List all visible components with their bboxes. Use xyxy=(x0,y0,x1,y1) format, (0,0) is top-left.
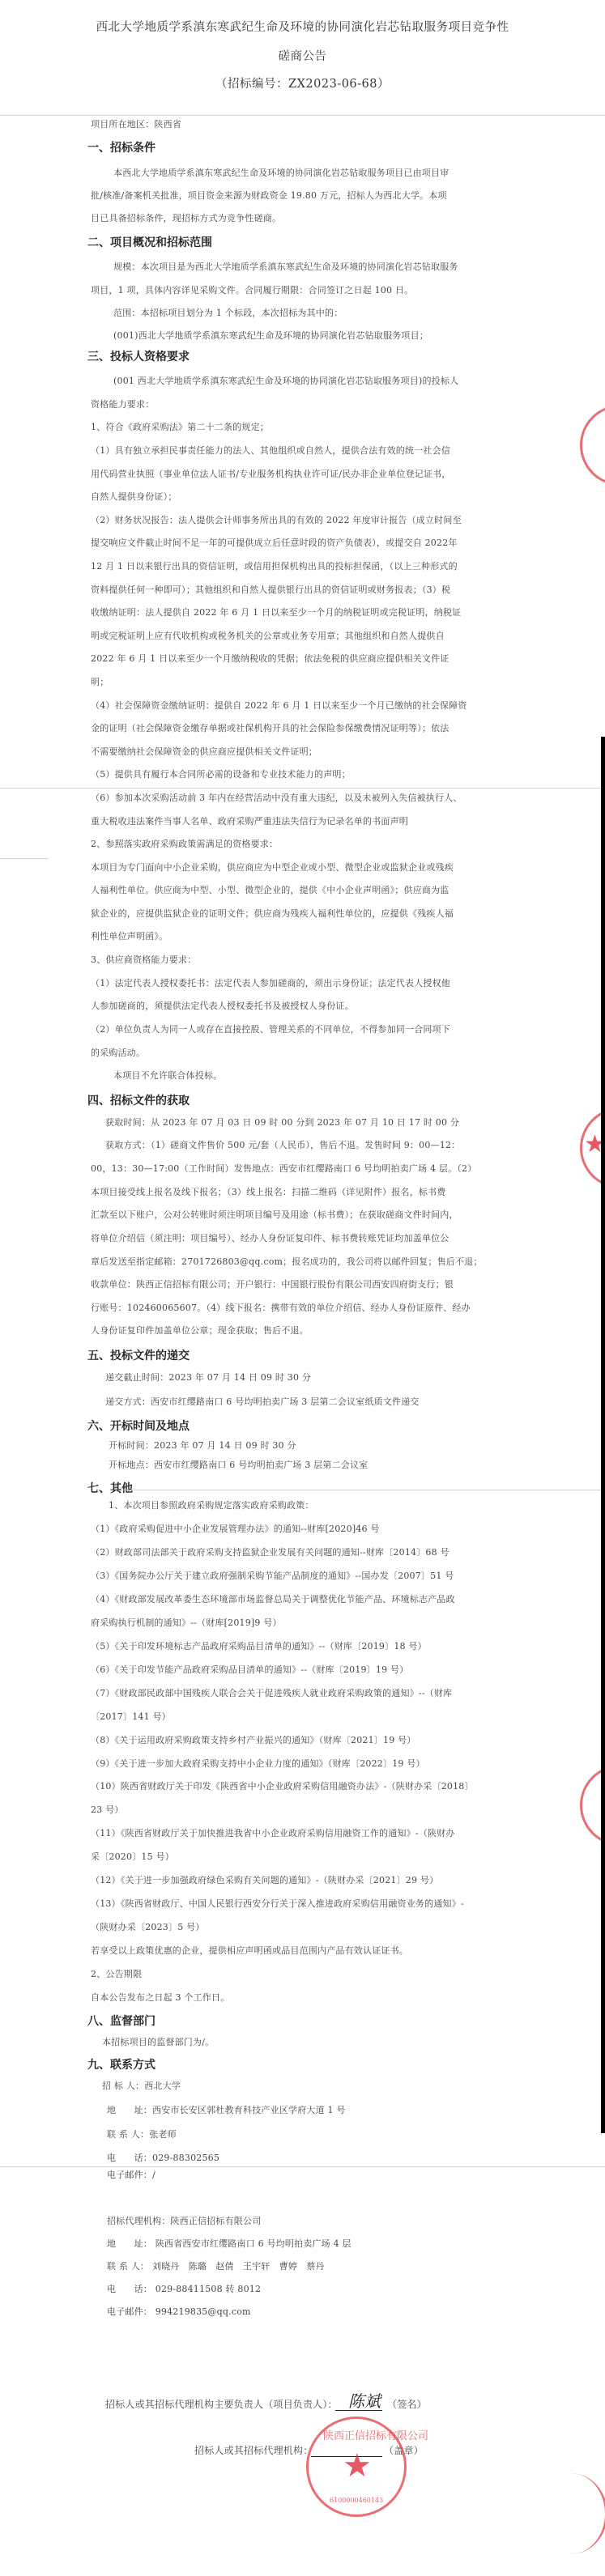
paragraph-line: 明或完税证明上应有代收机构或税务机关的公章或业务专用章；其他组织和自然人提供自 xyxy=(91,631,445,642)
seal-text: 陕西正信招标有限公司 xyxy=(323,2427,428,2442)
paragraph-line: 〔2017〕141 号） xyxy=(91,1711,171,1723)
paragraph-line: （2）财政部司法部关于政府采购支持监狱企业发展有关问题的通知--财库〔2014〕… xyxy=(91,1547,449,1558)
paragraph-line: 获取方式：（1）磋商文件售价 500 元/套（人民币），售后不退。发售时间 9：… xyxy=(105,1140,460,1151)
paragraph-line: 金的证明（社会保障资金缴存单据或社保机构开具的社会保险参保缴费情况证明等）；依法 xyxy=(91,723,449,734)
agency-address: 地 址： 陕西省西安市红缨路南口 6 号均明拍卖广场 4 层 xyxy=(107,2238,351,2250)
paragraph-line: 12 月 1 日以来银行出具的资信证明，或信用担保机构出具的投标担保函，（以上三… xyxy=(91,561,458,572)
paragraph-line: （3）《国务院办公厅关于建立政府强制采购节能产品制度的通知》--国办发〔2007… xyxy=(91,1571,454,1582)
paragraph-line: 的采购活动。 xyxy=(91,1048,145,1059)
paragraph-line: 行账号：102460065607。（4）线下报名：携带有效的单位介绍信、经办人身… xyxy=(91,1303,471,1314)
paragraph-line: 府采购执行机制的通知》--（财库[2019]9 号） xyxy=(91,1617,282,1629)
section-heading-3: 三、投标人资格要求 xyxy=(87,348,190,364)
paragraph-line: 本项目为专门面向中小企业采购，供应商应为中型企业或小型、微型企业或监狱企业或残疾 xyxy=(91,862,454,874)
paragraph-line: 采〔2020〕15 号） xyxy=(91,1851,174,1863)
paragraph-line: 2、公告期限 xyxy=(91,1969,142,1980)
section-heading-5: 五、投标文件的递交 xyxy=(87,1347,190,1363)
paragraph-line: 自然人提供身份证）； xyxy=(91,491,177,503)
section-heading-2: 二、项目概况和招标范围 xyxy=(87,234,212,250)
bid-number: （招标编号：ZX2023-06-68） xyxy=(0,74,605,91)
paragraph-line: 规模：本次项目是为西北大学地质学系滇东寒武纪生命及环境的协同演化岩芯钻取服务 xyxy=(113,261,458,273)
section-heading-8: 八、监督部门 xyxy=(87,2013,156,2029)
company-seal: ★ 陕西正信招标有限公司 6100000460143 xyxy=(306,2417,407,2517)
paragraph-line: （12）《关于进一步加强政府绿色采购有关问题的通知》-（陕财办采〔2021〕29… xyxy=(91,1875,438,1886)
paragraph-line: 明； xyxy=(91,677,109,688)
document-page: 西北大学地质学系滇东寒武纪生命及环境的协同演化岩芯钻取服务项目竞争性 磋商公告 … xyxy=(0,0,605,2576)
paragraph-line: 用代码营业执照（事业单位法人证书/专业服务机构执业许可证/民办非企业单位登记证书… xyxy=(91,469,451,480)
paragraph-line: （1）具有独立承担民事责任能力的法人、其他组织或自然人，提供合法有效的统一社会信 xyxy=(91,445,450,457)
paragraph-line: （2）财务状况报告：法人提供会计师事务所出具的有效的 2022 年度审计报告（成… xyxy=(91,515,462,526)
paragraph-line: 00，13：30—17:00（工作时间）发售地点：西安市红缨路南口 6 号均明拍… xyxy=(91,1163,476,1175)
paragraph-line: 1、符合《政府采购法》第二十二条的规定； xyxy=(91,422,269,433)
scan-divider xyxy=(0,115,605,116)
agency-phone: 电 话： 029-88411508 转 8012 xyxy=(107,2284,261,2295)
agency-email: 电子邮件： 994219835@qq.com xyxy=(107,2306,251,2318)
paragraph-line: 若享受以上政策优惠的企业，提供相应声明函或品目范围内产品有效认证证书。 xyxy=(91,1945,408,1957)
section-heading-7: 七、其他 xyxy=(87,1480,133,1496)
principal-suffix: （签名） xyxy=(387,2399,427,2410)
section-heading-6: 六、开标时间及地点 xyxy=(87,1418,190,1434)
seal-code: 6100000460143 xyxy=(330,2497,383,2504)
paragraph-line: （7）《财政部民政部中国残疾人联合会关于促进残疾人就业政府采购政策的通知》--（… xyxy=(91,1688,452,1699)
star-icon: ★ xyxy=(343,2450,372,2482)
section-heading-9: 九、联系方式 xyxy=(87,2056,156,2072)
paragraph-line: （1）《政府采购促进中小企业发展管理办法》的通知--财库[2020]46 号 xyxy=(91,1524,380,1535)
paragraph-line: 开标时间：2023 年 07 月 14 日 09 时 30 分 xyxy=(109,1440,296,1452)
scan-divider xyxy=(0,2166,605,2167)
paragraph-line: （6）《关于印发节能产品政府采购品目清单的通知》--（财库〔2019〕19 号） xyxy=(91,1664,408,1676)
paragraph-line: 23 号） xyxy=(91,1804,124,1816)
paragraph-line: 范围：本招标项目划分为 1 个标段，本次招标为其中的： xyxy=(113,308,343,319)
paragraph-line: （4）《财政部发展改革委生态环境部市场监督总局关于调整优化节能产品、环境标志产品… xyxy=(91,1594,455,1605)
paragraph-line: 本项目不允许联合体投标。 xyxy=(113,1070,222,1082)
paragraph-line: 人福利性单位。供应商为中型、小型、微型企业的，提供《中小企业声明函》；供应商为监 xyxy=(91,885,449,896)
tenderer-address: 地 址：西安市长安区郭杜教育科技产业区学府大道 1 号 xyxy=(107,2105,346,2116)
principal-label: 招标人或其招标代理机构主要负责人（项目负责人）： xyxy=(105,2399,338,2410)
paragraph-line: 本项目接受线上报名及线下报名；（3）线上报名：扫描二维码（详见附件）报名，标书费 xyxy=(91,1187,446,1198)
document-title-line2: 磋商公告 xyxy=(0,47,605,64)
paragraph-line: （5）《关于印发环境标志产品政府采购品目清单的通知》--（财库〔2019〕18 … xyxy=(91,1641,427,1652)
paragraph-line: 利性单位声明函》。 xyxy=(91,931,168,942)
paragraph-line: 1、本次项目参照政府采购规定落实政府采购政策： xyxy=(109,1500,314,1511)
seam-seal-1 xyxy=(580,405,605,486)
paragraph-line: 获取时间：从 2023 年 07 月 03 日 09 时 00 分到 2023 … xyxy=(105,1117,459,1129)
paragraph-line: 2022 年 6 月 1 日以来至少一个月缴纳税收的凭据；依法免税的供应商应提供… xyxy=(91,653,449,665)
principal-signature: 陈斌 xyxy=(348,2388,381,2412)
tenderer-phone: 电 话：029-88302565 xyxy=(107,2153,219,2164)
paragraph-line: 提交响应文件截止时间不足一年的可提供成立后任意时段的资产负债表），或提交自 20… xyxy=(91,538,458,549)
paragraph-line: （8）《关于运用政府采购政策支持乡村产业振兴的通知》（财库〔2021〕19 号） xyxy=(91,1735,415,1746)
paragraph-line: 2、参照落实政府采购政策需满足的资格要求： xyxy=(91,839,278,850)
signature-underline xyxy=(335,2410,382,2411)
paragraph-line: 不需要缴纳社会保障资金的供应商应提供相关文件证明； xyxy=(91,746,317,758)
paragraph-line: （1）法定代表人授权委托书：法定代表人参加磋商的，须出示身份证；法定代表人授权他 xyxy=(91,978,450,989)
paragraph-line: 递交方式：西安市红缨路南口 6 号均明拍卖广场 3 层第二会议室纸质文件递交 xyxy=(105,1396,420,1408)
tenderer-name: 招 标 人：西北大学 xyxy=(102,2081,181,2092)
paragraph-line: （4）社会保障资金缴纳证明：提供自 2022 年 6 月 1 日以来至少一个月已… xyxy=(91,700,467,712)
paragraph-line: (001 西北大学地质学系滇东寒武纪生命及环境的协同演化岩芯钻取服务项目)的投标… xyxy=(113,376,458,387)
paragraph-line: 人身份证复印件加盖单位公章；现金获取；售后不退。 xyxy=(91,1325,309,1337)
paragraph-line: 递交截止时间：2023 年 07 月 14 日 09 时 30 分 xyxy=(105,1372,311,1384)
scan-divider xyxy=(0,788,605,789)
paragraph-line: （11）《陕西省财政厅关于加快推进我省中小企业政府采购信用融资工作的通知》-（陕… xyxy=(91,1828,455,1839)
paragraph-line: (001)西北大学地质学系滇东寒武纪生命及环境的协同演化岩芯钻取服务项目； xyxy=(113,330,428,342)
paragraph-line: 本西北大学地质学系滇东寒武纪生命及环境的协同演化岩芯钻取服务项目已由项目审 xyxy=(113,168,449,179)
paragraph-line: 章后发送至指定邮箱：2701726803@qq.com；报名成功的，我公司将以邮… xyxy=(91,1256,483,1268)
project-region: 项目所在地区：陕西省 xyxy=(91,119,181,130)
paragraph-line: 3、供应商资格能力要求： xyxy=(91,954,196,966)
section-heading-4: 四、招标文件的获取 xyxy=(87,1092,190,1108)
section-heading-1: 一、招标条件 xyxy=(87,139,156,155)
paragraph-line: 本招标项目的监督部门为/。 xyxy=(102,2037,214,2048)
paragraph-line: 资格能力要求： xyxy=(91,399,154,410)
paragraph-line: 开标地点：西安市红缨路南口 6 号均明拍卖广场 3 层第二会议室 xyxy=(109,1460,368,1471)
agency-contact: 联 系 人： 刘晓丹 陈璐 赵倩 王宇轩 曹婷 蔡丹 xyxy=(107,2261,325,2272)
scan-divider xyxy=(121,1490,605,1490)
paragraph-line: 自本公告发布之日起 3 个工作日。 xyxy=(91,1992,229,2004)
paragraph-line: 收款单位：陕西正信招标有限公司；开户银行：中国银行股份有限公司西安四府街支行；银 xyxy=(91,1279,454,1290)
scan-edge-artifact xyxy=(601,737,605,2133)
document-title-line1: 西北大学地质学系滇东寒武纪生命及环境的协同演化岩芯钻取服务项目竞争性 xyxy=(0,18,605,35)
paragraph-line: （6）参加本次采购活动前 3 年内在经营活动中没有重大违纪，以及未被列入失信被执… xyxy=(91,793,462,804)
tenderer-contact: 联 系 人：张老师 xyxy=(107,2129,177,2140)
paragraph-line: 收缴纳证明：法人提供自 2022 年 6 月 1 日以来至少一个月的纳税证明或完… xyxy=(91,607,461,618)
paragraph-line: （13）《陕西省财政厅、中国人民银行西安分行关于深入推进政府采购信用融资业务的通… xyxy=(91,1898,464,1910)
paragraph-line: 项目，1 项，具体内容详见采购文件。合同履行期限：合同签订之日起 100 日。 xyxy=(91,285,413,296)
agency-name: 招标代理机构：陕西正信招标有限公司 xyxy=(107,2216,261,2227)
tenderer-email: 电子邮件：/ xyxy=(107,2170,156,2181)
paragraph-line: 将单位介绍信（须注明：项目编号）、经办人身份证复印件、标书费转账凭证均加盖单位公 xyxy=(91,1233,449,1244)
org-label: 招标人或其招标代理机构： xyxy=(194,2445,313,2456)
scan-divider xyxy=(0,858,49,859)
paragraph-line: 资料提供任何一种即可）；其他组织和自然人提供银行出具的资信证明或财务报表；（3）… xyxy=(91,584,450,596)
paragraph-line: 人参加磋商的，须提供法定代表人授权委托书及被授权人身份证。 xyxy=(91,1001,354,1012)
paragraph-line: 重大税收违法案件当事人名单、政府采购严重违法失信行为记录名单的书面声明 xyxy=(91,816,408,827)
paragraph-line: （陕财办采〔2023〕5 号） xyxy=(91,1922,205,1933)
paragraph-line: 汇款至以下账户，公对公转账时须注明项目编号及用途（标书费）；在获取磋商文件时间内… xyxy=(91,1209,458,1221)
paragraph-line: （5）提供具有履行本合同所必需的设备和专业技术能力的声明； xyxy=(91,769,351,780)
paragraph-line: （10）陕西省财政厅关于印发《陕西省中小企业政府采购信用融资办法》-（陕财办采〔… xyxy=(91,1781,474,1792)
paragraph-line: 目已具备招标条件，现招标方式为竞争性磋商。 xyxy=(91,213,281,224)
seam-seal-4 xyxy=(535,2473,605,2554)
paragraph-line: （9）《关于进一步加大政府采购支持中小企业力度的通知》（财库〔2022〕19 号… xyxy=(91,1758,425,1770)
paragraph-line: （2）单位负责人为同一人或存在直接控股、管理关系的不同单位，不得参加同一合同项下 xyxy=(91,1024,450,1035)
paragraph-line: 狱企业的，应提供监狱企业的证明文件；供应商为残疾人福利性单位的，应提供《残疾人福 xyxy=(91,908,454,920)
paragraph-line: 批/核准/备案机关批准，项目资金来源为财政资金 19.80 万元，招标人为西北大… xyxy=(91,190,447,202)
